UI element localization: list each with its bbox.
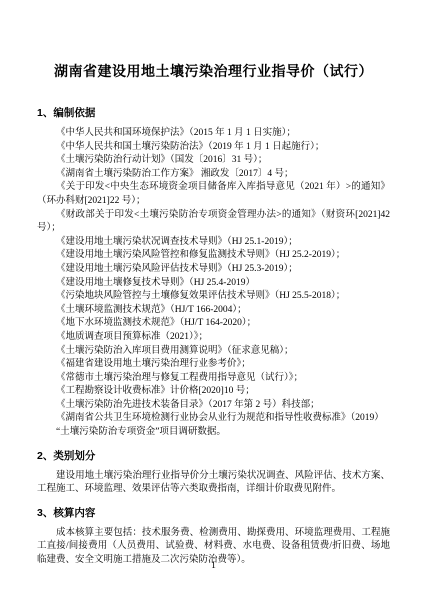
reference-item: 《地下水环境监测技术规范》（HJ/T 164-2020）； [37, 317, 390, 331]
reference-item: 《土壤污染防治行动计划》（国发〔2016〕31 号）； [37, 154, 390, 168]
reference-item: 《关于印发<中央生态环境资金项目储备库入库指导意见（2021 年）>的通知》（环… [37, 181, 390, 208]
reference-item: “土壤污染防治专项资金”项目调研数据。 [37, 426, 390, 440]
section-heading-3: 3、核算内容 [37, 506, 390, 520]
reference-item: 《常德市土壤污染治理与修复工程费用指导意见（试行）》； [37, 372, 390, 386]
reference-item: 《中华人民共和国土壤污染防治法》（2019 年 1 月 1 日起施行）； [37, 141, 390, 155]
page-title: 湖南省建设用地土壤污染治理行业指导价（试行） [37, 64, 390, 82]
section-heading-2: 2、类别划分 [37, 449, 390, 463]
reference-item: 《湖南省公共卫生环境检测行业协会从业行为规范和指导性收费标准》（2019） [37, 412, 390, 426]
reference-item: 《建设用地土壤修复技术导则》（HJ 25.4-2019） [37, 277, 390, 291]
reference-item: 《土壤环境监测技术规范》（HJ/T 166-2004）； [37, 304, 390, 318]
reference-item: 《建设用地土壤污染风险评估技术导则》（HJ 25.3-2019）； [37, 263, 390, 277]
page-number: 1 [0, 560, 427, 572]
reference-item: 《财政部关于印发<土壤污染防治专项资金管理办法>的通知》（财资环[2021]42… [37, 209, 390, 236]
reference-item: 《建设用地土壤污染状况调查技术导则》（HJ 25.1-2019）； [37, 236, 390, 250]
reference-item: 《污染地块风险管控与土壤修复效果评估技术导则》（HJ 25.5-2018）； [37, 290, 390, 304]
reference-item: 《福建省建设用地土壤污染治理行业参考价》； [37, 358, 390, 372]
reference-item: 《中华人民共和国环境保护法》（2015 年 1 月 1 日实施）； [37, 127, 390, 141]
section-heading-1: 1、编制依据 [37, 106, 390, 120]
section-2-body: 建设用地土壤污染治理行业指导价分土壤污染状况调查、风险评估、技术方案、工程施工、… [37, 470, 390, 497]
reference-item: 《建设用地土壤污染风险管控和修复监测技术导则》（HJ 25.2-2019）； [37, 249, 390, 263]
document-page: 湖南省建设用地土壤污染治理行业指导价（试行） 1、编制依据 《中华人民共和国环境… [0, 0, 427, 604]
reference-item: 《湖南省土壤污染防治工作方案》 湘政发〔2017〕4 号； [37, 168, 390, 182]
reference-item: 《土壤污染防治先进技术装备目录》（2017 年第 2 号）科技部； [37, 399, 390, 413]
reference-item: 《地质调查项目预算标准（2021）》； [37, 331, 390, 345]
reference-item: 《土壤污染防治入库项目费用测算说明》（征求意见稿）； [37, 345, 390, 359]
reference-item: 《工程勘察设计收费标准》计价格[2020]10 号； [37, 385, 390, 399]
